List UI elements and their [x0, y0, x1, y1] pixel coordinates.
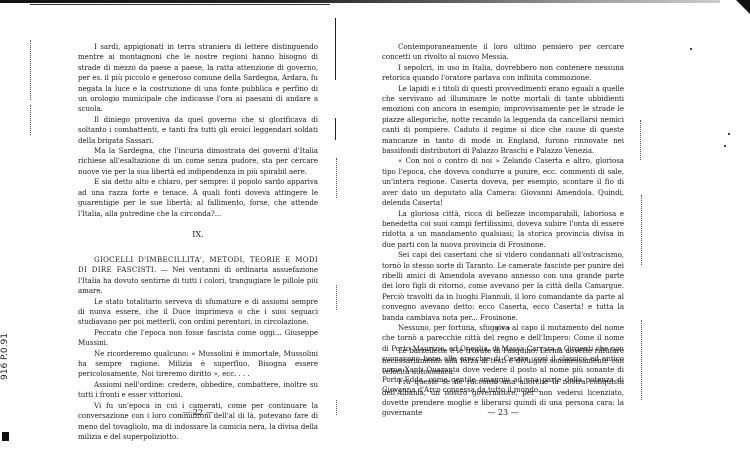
paragraph: La gloriosa città, ricca di bellezze inc… [382, 209, 624, 251]
paragraph: Il diniego proveniva da quel governo che… [78, 115, 318, 146]
gutter-line [335, 18, 336, 80]
gutter-speckle [336, 400, 338, 415]
section-separator: * * * [382, 326, 624, 334]
paragraph: Le lapidi e i titoli di questi provvedim… [382, 84, 624, 157]
speck [690, 48, 692, 50]
paragraph: Contemporaneamente il loro ultimo pensie… [382, 42, 624, 63]
left-page-opening-text: I sardi, appigionati in terra straniera … [78, 42, 318, 219]
paragraph: Vi fu un'epoca in cui i camerati, come p… [78, 401, 318, 443]
page-number: — 23 — [382, 408, 624, 417]
margin-speckle [641, 195, 643, 265]
right-page: Contemporaneamente il loro ultimo pensie… [382, 0, 624, 454]
speck [724, 145, 726, 147]
scan-corner-shadow [736, 0, 750, 14]
paragraph: Ne ricorderemo qualcuno: « Mussolini è i… [78, 349, 318, 380]
margin-speckle [30, 105, 32, 135]
speck [728, 133, 730, 135]
paragraph: Le barzellette e le trovate di Pasquino:… [382, 346, 624, 377]
paragraph: Sei capi dei casertani che si videro con… [382, 250, 624, 323]
paragraph: « Con noi o contro di noi » Zelando Case… [382, 156, 624, 208]
chapter-number: IX. [78, 230, 318, 239]
paragraph: Assiomi nell'ordine: credere, obbedire, … [78, 380, 318, 401]
scanned-book-spread: 916 P.0.91 I sardi, appigionati in terra… [0, 0, 750, 454]
paragraph: Peccato che l'epoca non fosse fascista c… [78, 328, 318, 349]
gutter-speckle [336, 158, 338, 198]
scan-mark [2, 432, 9, 441]
side-stamp: 916 P.0.91 [0, 333, 10, 380]
page-number: — 22 — [78, 408, 318, 417]
right-page-text: Contemporaneamente il loro ultimo pensie… [382, 42, 624, 396]
paragraph: I sardi, appigionati in terra straniera … [78, 42, 318, 115]
paragraph: E sia detto alto e chiaro, per sempre: i… [78, 177, 318, 219]
chapter-opening: GIOCELLI D'IMBECILLITA', METODI, TEORIE … [78, 255, 318, 297]
margin-speckle [641, 320, 643, 400]
margin-speckle [640, 120, 642, 160]
paragraph: Ma la Sardegna, che l'incuria dimostrata… [78, 146, 318, 177]
paragraph: I sepolcri, in uso in Italia, dovrebbero… [382, 63, 624, 84]
paragraph: Le stato totalitario serveva di sfumatur… [78, 297, 318, 328]
gutter-line [335, 118, 336, 140]
left-page: I sardi, appigionati in terra straniera … [78, 0, 318, 454]
gutter-speckle [336, 285, 338, 310]
margin-speckle [30, 40, 32, 100]
